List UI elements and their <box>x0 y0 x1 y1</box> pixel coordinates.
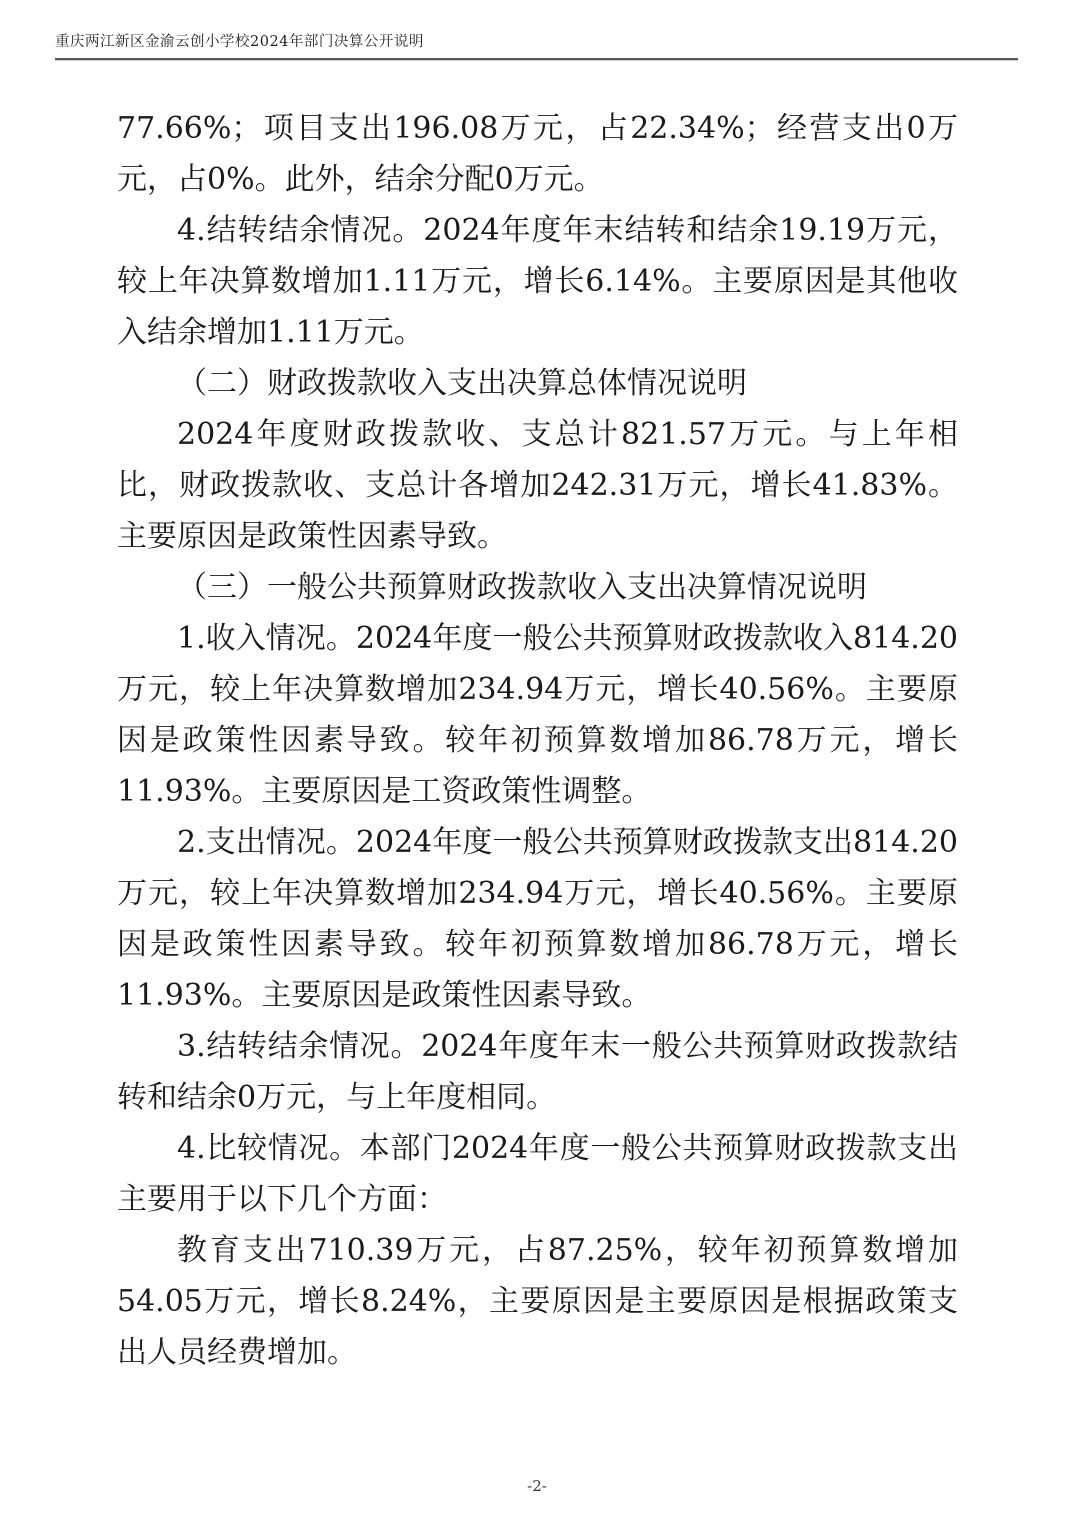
paragraph: 2.支出情况。2024年度一般公共预算财政拨款支出814.20万元，较上年决算数… <box>117 817 958 1021</box>
paragraph: 3.结转结余情况。2024年度年末一般公共预算财政拨款结转和结余0万元，与上年度… <box>117 1021 958 1123</box>
paragraph: 1.收入情况。2024年度一般公共预算财政拨款收入814.20万元，较上年决算数… <box>117 613 958 817</box>
page-number: -2- <box>527 1477 547 1495</box>
section-heading: （二）财政拨款收入支出决算总体情况说明 <box>117 358 958 409</box>
document-body: 77.66%；项目支出196.08万元，占22.34%；经营支出0万元，占0%。… <box>117 103 958 1378</box>
running-header: 重庆两江新区金渝云创小学校2024年部门决算公开说明 <box>55 30 1018 60</box>
running-header-title: 重庆两江新区金渝云创小学校2024年部门决算公开说明 <box>55 30 1018 51</box>
section-heading: （三）一般公共预算财政拨款收入支出决算情况说明 <box>117 562 958 613</box>
page-footer: -2- <box>0 1477 1074 1495</box>
paragraph-continuation: 77.66%；项目支出196.08万元，占22.34%；经营支出0万元，占0%。… <box>117 103 958 205</box>
paragraph: 教育支出710.39万元，占87.25%，较年初预算数增加54.05万元，增长8… <box>117 1225 958 1378</box>
paragraph: 4.比较情况。本部门2024年度一般公共预算财政拨款支出主要用于以下几个方面： <box>117 1123 958 1225</box>
document-page: 重庆两江新区金渝云创小学校2024年部门决算公开说明 77.66%；项目支出19… <box>0 0 1074 1520</box>
paragraph: 2024年度财政拨款收、支总计821.57万元。与上年相比，财政拨款收、支总计各… <box>117 409 958 562</box>
paragraph: 4.结转结余情况。2024年度年末结转和结余19.19万元，较上年决算数增加1.… <box>117 205 958 358</box>
